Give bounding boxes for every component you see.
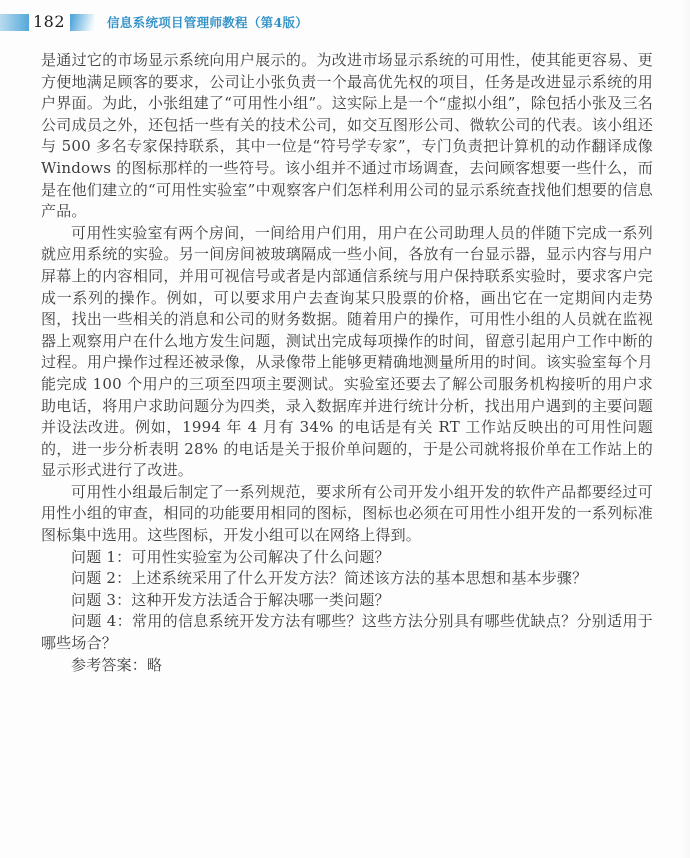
case-paragraph: 可用性实验室有两个房间，一间给用户们用，用户在公司助理人员的伴随下完成一系列就应… bbox=[41, 223, 653, 482]
book-page: 182 信息系统项目管理师教程（第4版） 是通过它的市场显示系统向用户展示的。为… bbox=[0, 0, 690, 858]
question-4: 问题 4：常用的信息系统开发方法有哪些？这些方法分别具有哪些优缺点？分别适用于哪… bbox=[41, 611, 653, 654]
case-paragraph: 是通过它的市场显示系统向用户展示的。为改进市场显示系统的可用性，使其能更容易、更… bbox=[41, 50, 653, 223]
case-paragraph: 可用性小组最后制定了一系列规范，要求所有公司开发小组开发的软件产品都要经过可用性… bbox=[41, 482, 653, 547]
question-2: 问题 2：上述系统采用了什么开发方法？简述该方法的基本思想和基本步骤？ bbox=[41, 568, 653, 590]
answer-note: 参考答案：略 bbox=[41, 655, 653, 677]
page-number: 182 bbox=[29, 13, 70, 31]
header-left-accent-bar bbox=[0, 14, 29, 31]
header-fade-accent-bar bbox=[70, 14, 94, 31]
page-body: 是通过它的市场显示系统向用户展示的。为改进市场显示系统的可用性，使其能更容易、更… bbox=[41, 50, 653, 676]
book-title: 信息系统项目管理师教程（第4版） bbox=[107, 13, 308, 31]
page-header: 182 信息系统项目管理师教程（第4版） bbox=[0, 13, 690, 31]
question-3: 问题 3：这种开发方法适合于解决哪一类问题？ bbox=[41, 590, 653, 612]
question-1: 问题 1：可用性实验室为公司解决了什么问题？ bbox=[41, 547, 653, 569]
